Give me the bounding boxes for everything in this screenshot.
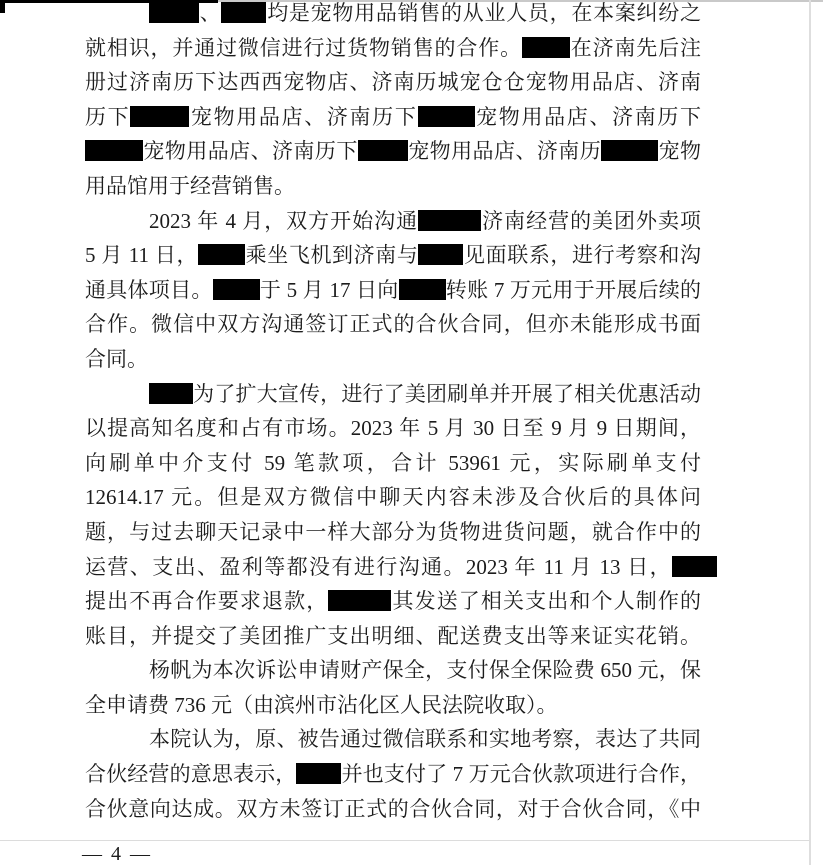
text-run: 题，与过去聊天记录中一样大部分为货物进货问题，就合作中的 (85, 520, 701, 544)
text-run: 乘坐飞机到济南与 (245, 243, 418, 267)
text-line: 合同。 (85, 342, 701, 377)
text-run: 2023 年 4 月，双方开始沟通 (149, 209, 418, 233)
text-line: 提出不再合作要求退款，其发送了相关支出和个人制作的 (85, 584, 701, 619)
text-line: 历下宠物用品店、济南历下宠物用品店、济南历下 (85, 100, 701, 135)
text-run: 册过济南历下达西西宠物店、济南历城宠仓仓宠物用品店、济南 (85, 70, 701, 94)
text-run: 见面联系，进行考察和沟 (463, 243, 701, 267)
text-line: 运营、支出、盈利等都没有进行沟通。2023 年 11 月 13 日， (85, 550, 717, 585)
text-line: 合伙经营的意思表示，并也支付了 7 万元合伙款项进行合作， (85, 757, 701, 792)
text-run: 用品馆用于经营销售。 (85, 174, 295, 198)
redaction-box (149, 383, 193, 404)
text-line: 通具体项目。于 5 月 17 日向转账 7 万元用于开展后续的 (85, 273, 701, 308)
document-page: 、均是宠物用品销售的从业人员，在本案纠纷之前就相识，并通过微信进行过货物销售的合… (0, 0, 823, 865)
redaction-box (149, 2, 199, 23)
text-line: 合伙意向达成。双方未签订正式的合伙合同，对于合伙合同，《中 (85, 792, 701, 827)
text-line: 为了扩大宣传，进行了美团刷单并开展了相关优惠活动 (85, 377, 701, 412)
redaction-box (601, 140, 658, 161)
text-line: 以提高知名度和占有市场。2023 年 5 月 30 日至 9 月 9 日期间， (85, 411, 701, 446)
text-run: 宠物用品店、济南历 (408, 139, 601, 163)
text-line: 12614.17 元。但是双方微信中聊天内容未涉及合伙后的具体问 (85, 480, 701, 515)
text-run: 在济南先后注 (570, 36, 701, 60)
text-run: 以提高知名度和占有市场。2023 年 5 月 30 日至 9 月 9 日期间， (85, 416, 701, 440)
text-run: 转账 7 万元用于开展后续的 (446, 278, 701, 302)
text-run: 于 5 月 17 日向 (260, 278, 399, 302)
redaction-box (213, 279, 260, 300)
redaction-box (418, 210, 481, 231)
text-run: 12614.17 元。但是双方微信中聊天内容未涉及合伙后的具体问 (85, 485, 701, 509)
text-run: 宠物用品店、济南历下 (475, 105, 702, 129)
redaction-box (418, 244, 463, 265)
text-line: 合作。微信中双方沟通签订正式的合伙合同，但亦未能形成书面 (85, 307, 701, 342)
redaction-box (522, 37, 570, 58)
text-line: 题，与过去聊天记录中一样大部分为货物进货问题，就合作中的 (85, 515, 701, 550)
text-run: 合伙经营的意思表示， (85, 762, 296, 786)
text-run: 、 (199, 1, 221, 25)
text-run: 历下 (85, 105, 130, 129)
text-line: 向刷单中介支付 59 笔款项，合计 53961 元，实际刷单支付 (85, 446, 701, 481)
text-run: 就相识，并通过微信进行过货物销售的合作。 (85, 36, 522, 60)
redaction-box (296, 763, 341, 784)
text-run: 合伙意向达成。双方未签订正式的合伙合同，对于合伙合同，《中 (85, 797, 701, 821)
text-run: 全申请费 736 元（由滨州市沾化区人民法院收取）。 (85, 693, 558, 717)
text-run: 并也支付了 7 万元合伙款项进行合作， (341, 762, 701, 786)
text-line: 册过济南历下达西西宠物店、济南历城宠仓仓宠物用品店、济南 (85, 65, 701, 100)
text-run: 账目，并提交了美团推广支出明细、配送费支出等来证实花销。 (85, 624, 701, 648)
text-line: 杨帆为本次诉讼申请财产保全，支付保全保险费 650 元，保 (85, 653, 701, 688)
redaction-box (198, 244, 245, 265)
text-run: 其发送了相关支出和个人制作的 (391, 589, 701, 613)
text-line: 用品馆用于经营销售。 (85, 169, 701, 204)
page-number: — 4 — (82, 843, 152, 865)
text-block: 、均是宠物用品销售的从业人员，在本案纠纷之前就相识，并通过微信进行过货物销售的合… (85, 0, 701, 826)
text-run: 为了扩大宣传，进行了美团刷单并开展了相关优惠活动 (193, 382, 701, 406)
redaction-box (358, 140, 408, 161)
redaction-box (399, 279, 446, 300)
redaction-box (328, 590, 391, 611)
text-run: 提出不再合作要求退款， (85, 589, 328, 613)
text-run: 合作。微信中双方沟通签订正式的合伙合同，但亦未能形成书面 (85, 312, 701, 336)
text-run: 通具体项目。 (85, 278, 213, 302)
scan-artifact-right-edge (809, 0, 811, 865)
text-line: 本院认为，原、被告通过微信联系和实地考察，表达了共同 (85, 722, 701, 757)
text-line: 账目，并提交了美团推广支出明细、配送费支出等来证实花销。 (85, 619, 701, 654)
text-line: 宠物用品店、济南历下宠物用品店、济南历宠物 (85, 134, 701, 169)
text-line: 全申请费 736 元（由滨州市沾化区人民法院收取）。 (85, 688, 701, 723)
text-run: 运营、支出、盈利等都没有进行沟通。2023 年 11 月 13 日， (85, 555, 672, 579)
scan-artifact-left-notch (0, 0, 5, 13)
text-line: 2023 年 4 月，双方开始沟通济南经营的美团外卖项目， (85, 204, 701, 239)
redaction-box (221, 2, 266, 23)
text-run: 合同。 (85, 347, 148, 371)
text-line: 就相识，并通过微信进行过货物销售的合作。在济南先后注 (85, 31, 701, 66)
text-run: 宠物 (658, 139, 701, 163)
scan-artifact-bottom-line (0, 840, 809, 841)
text-run: 宠物用品店、济南历下 (189, 105, 417, 129)
text-run: 宠物用品店、济南历下 (143, 139, 358, 163)
text-run: 本院认为，原、被告通过微信联系和实地考察，表达了共同 (149, 727, 701, 751)
text-run: 杨帆为本次诉讼申请财产保全，支付保全保险费 650 元，保 (149, 658, 701, 682)
redaction-box (672, 556, 717, 577)
redaction-box (130, 106, 189, 127)
text-line: 5 月 11 日，乘坐飞机到济南与见面联系，进行考察和沟 (85, 238, 701, 273)
text-run: 向刷单中介支付 59 笔款项，合计 53961 元，实际刷单支付 (85, 451, 701, 475)
text-run: 5 月 11 日， (85, 243, 198, 267)
redaction-box (418, 106, 475, 127)
redaction-box (85, 140, 143, 161)
text-line: 、均是宠物用品销售的从业人员，在本案纠纷之前 (85, 0, 701, 31)
